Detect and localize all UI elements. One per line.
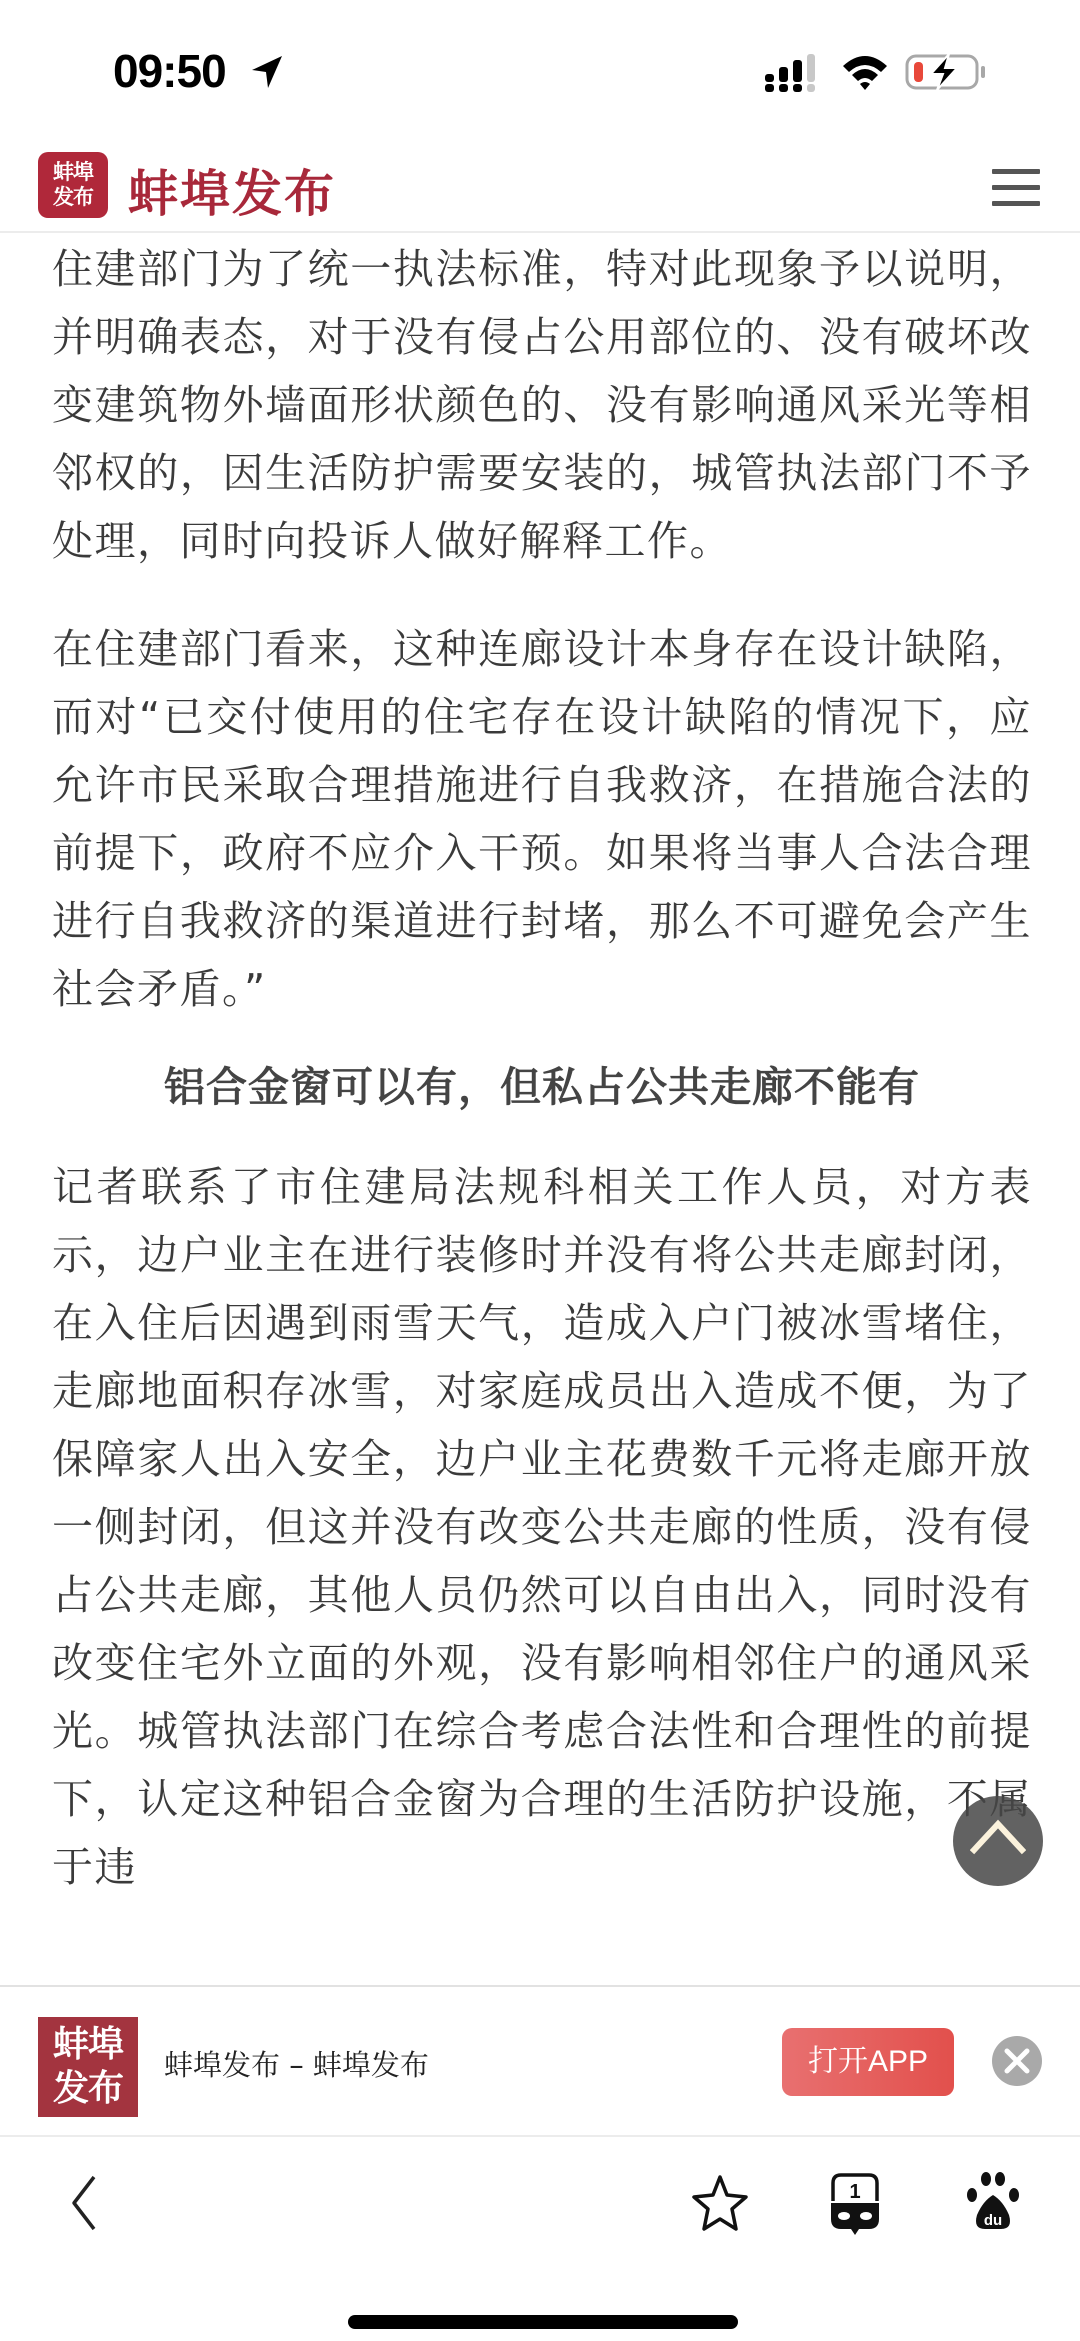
banner-logo-line1: 蚌埠 [38, 2023, 138, 2067]
article-paragraph: 住建部门为了统一执法标准，特对此现象予以说明，并明确表态，对于没有侵占公用部位的… [52, 235, 1032, 575]
logo-badge-line2: 发布 [38, 185, 108, 210]
article-subheading: 铝合金窗可以有，但私占公共走廊不能有 [52, 1053, 1032, 1121]
logo-badge-line1: 蚌埠 [38, 160, 108, 185]
svg-text:du: du [984, 2212, 1002, 2229]
banner-app-logo: 蚌埠 发布 [38, 2017, 138, 2117]
battery-charging-low-icon [905, 52, 987, 92]
incognito-tabs-button[interactable]: 1 [825, 2171, 885, 2235]
incognito-tabs-icon: 1 [825, 2171, 885, 2235]
cellular-signal-icon [765, 54, 821, 92]
browser-bottom-toolbar: 1 du [0, 2137, 1080, 2341]
chevron-left-icon [60, 2171, 120, 2235]
app-download-banner: 蚌埠 发布 蚌埠发布 – 蚌埠发布 打开APP [0, 1985, 1080, 2137]
open-app-button[interactable]: 打开APP [782, 2028, 954, 2096]
article-paragraph: 记者联系了市住建局法规科相关工作人员，对方表示，边户业主在进行装修时并没有将公共… [52, 1153, 1032, 1901]
article-paragraph: 在住建部门看来，这种连廊设计本身存在设计缺陷，而对“已交付使用的住宅存在设计缺陷… [52, 615, 1032, 1023]
site-header: 蚌埠 发布 蚌埠发布 [0, 140, 1080, 233]
banner-close-button[interactable] [992, 2036, 1042, 2086]
favorite-button[interactable] [690, 2171, 750, 2235]
site-title[interactable]: 蚌埠发布 [128, 154, 336, 226]
status-time: 09:50 [113, 44, 226, 98]
back-button[interactable] [60, 2171, 120, 2235]
home-indicator[interactable] [348, 2315, 738, 2329]
star-icon [690, 2171, 750, 2235]
banner-logo-line2: 发布 [38, 2067, 138, 2111]
close-icon [1004, 2048, 1030, 2074]
baidu-paw-icon: du [963, 2171, 1023, 2235]
svg-text:1: 1 [849, 2181, 860, 2203]
chevron-up-icon [970, 1816, 1026, 1856]
status-bar: 09:50 [0, 0, 1080, 140]
article-body: 住建部门为了统一执法标准，特对此现象予以说明，并明确表态，对于没有侵占公用部位的… [52, 233, 1032, 1901]
hamburger-menu-icon[interactable] [988, 165, 1044, 209]
wifi-icon [840, 52, 890, 92]
scroll-to-top-button[interactable] [953, 1796, 1043, 1886]
location-arrow-icon [250, 54, 284, 90]
site-logo[interactable]: 蚌埠 发布 [38, 152, 108, 218]
baidu-button[interactable]: du [963, 2171, 1023, 2235]
banner-app-name: 蚌埠发布 – 蚌埠发布 [164, 2035, 429, 2095]
